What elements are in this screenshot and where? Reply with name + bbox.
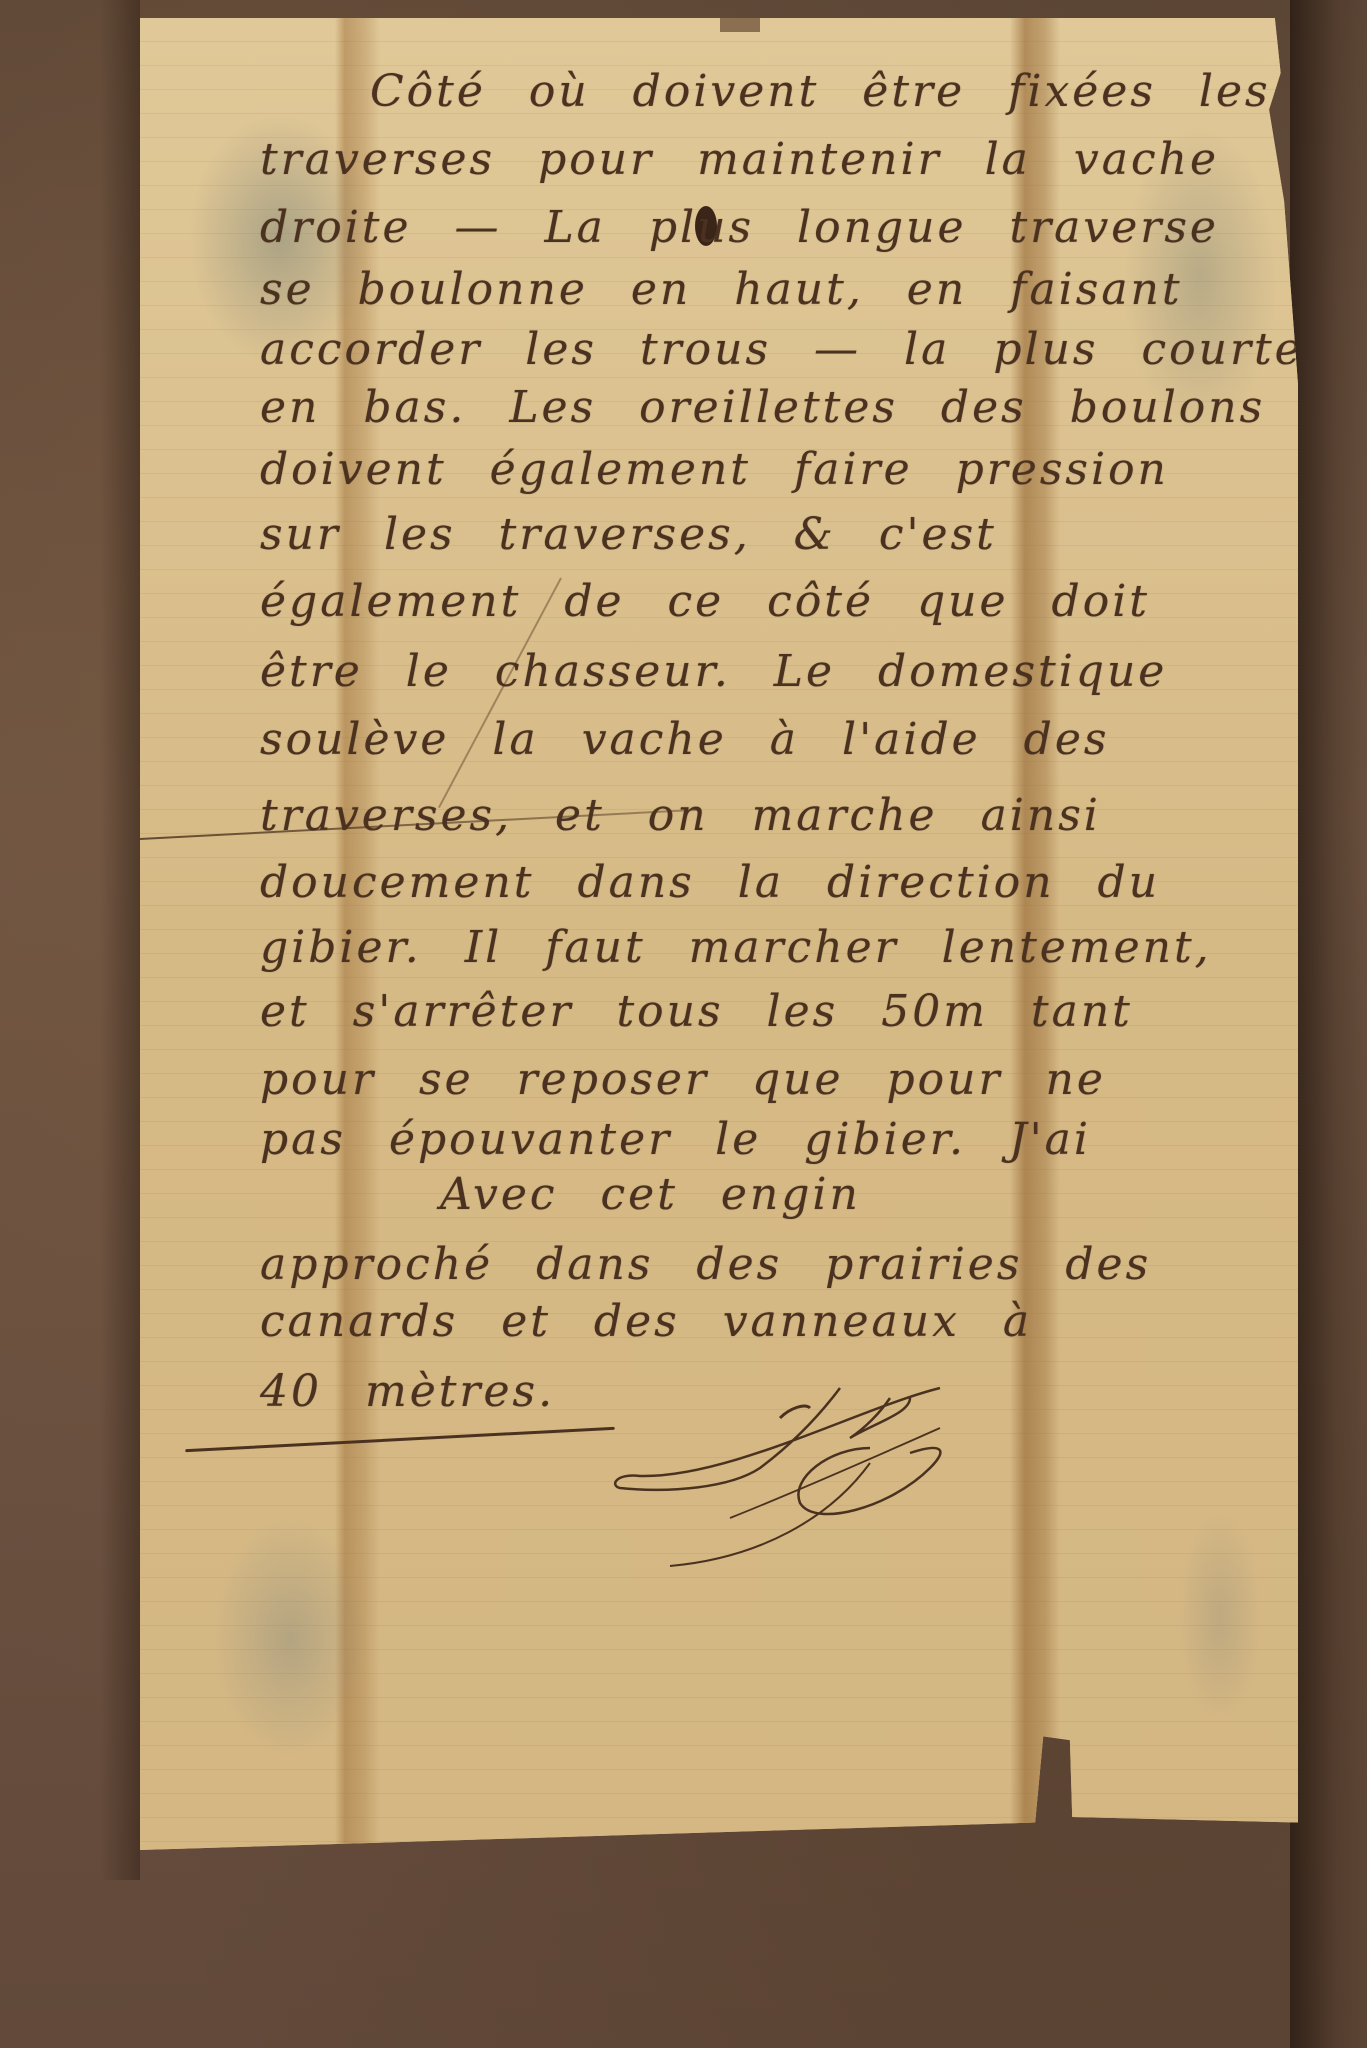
- letter-line: traverses, et on marche ainsi: [260, 794, 1101, 838]
- letter-line: doivent également faire pression: [260, 448, 1169, 492]
- letter-line: accorder les trous — la plus courte: [260, 328, 1304, 372]
- letter-line: également de ce côté que doit: [260, 580, 1150, 624]
- closing-underline: [185, 1427, 615, 1453]
- letter-line: gibier. Il faut marcher lentement,: [260, 926, 1212, 970]
- board-shadow: [100, 0, 140, 1880]
- letter-line: se boulonne en haut, en faisant: [260, 268, 1183, 312]
- letter-line: Avec cet engin: [440, 1173, 861, 1217]
- paper-notch: [720, 18, 760, 32]
- letter-paper: Côté où doivent être fixées les deux tra…: [140, 18, 1298, 1850]
- board-shadow: [1290, 0, 1367, 2048]
- letter-line: canards et des vanneaux à: [260, 1300, 1032, 1344]
- letter-line: être le chasseur. Le domestique: [260, 650, 1167, 694]
- letter-line: et s'arrêter tous les 50m tant: [260, 990, 1133, 1034]
- letter-line: sur les traverses, & c'est: [260, 513, 997, 557]
- letter-line: Côté où doivent être fixées les deux: [370, 70, 1367, 114]
- letter-line: 40 mètres.: [260, 1370, 555, 1414]
- letter-line: approché dans des prairies des: [260, 1243, 1151, 1287]
- letter-line: pour se reposer que pour ne: [260, 1058, 1106, 1102]
- letter-line: droite — La plus longue traverse: [260, 206, 1219, 250]
- signature-flourish: [610, 1368, 1010, 1568]
- letter-line: soulève la vache à l'aide des: [260, 718, 1109, 762]
- letter-line: traverses pour maintenir la vache: [260, 138, 1219, 182]
- letter-line: doucement dans la direction du: [260, 861, 1160, 905]
- letter-line: pas épouvanter le gibier. J'ai: [260, 1118, 1091, 1162]
- letter-line: en bas. Les oreillettes des boulons: [260, 386, 1265, 430]
